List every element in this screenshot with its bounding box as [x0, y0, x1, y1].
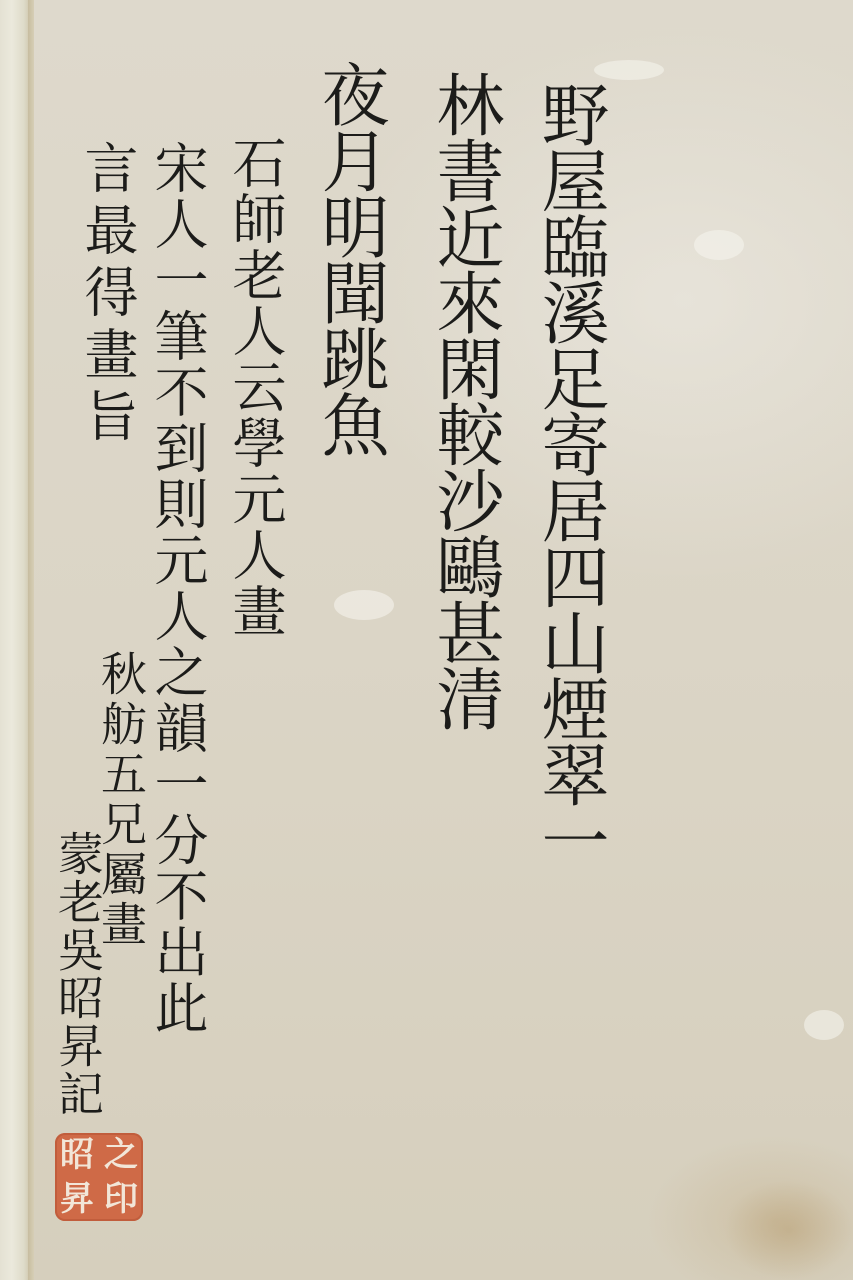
water-stain [724, 1180, 853, 1280]
seal-char: 昇 [55, 1177, 99, 1221]
paper-scuff [334, 590, 394, 620]
seal-char: 印 [99, 1177, 143, 1221]
note-column-2: 宋人一筆不到則元人之韻一分不出此 [150, 140, 204, 1036]
note-column-1: 石師老人云學元人畫 [228, 135, 282, 639]
seal-char: 之 [99, 1133, 143, 1177]
paper-scuff [594, 60, 664, 80]
signature-column: 蒙老吳昭昇記 [55, 830, 101, 1118]
poem-column-3: 夜月明聞跳魚 [315, 60, 383, 456]
seal-char: 昭 [55, 1133, 99, 1177]
poem-column-1: 野屋臨溪足寄居四山煙翠一 [535, 80, 603, 872]
paper-scuff [694, 230, 744, 260]
silk-mount-border [0, 0, 30, 1280]
paper-scuff [804, 1010, 844, 1040]
red-seal-stamp: 昭 之 昇 印 [55, 1133, 143, 1221]
poem-column-2: 林書近來閑較沙鷗甚清 [430, 70, 498, 730]
note-column-3: 言最得畫旨 [80, 140, 134, 450]
